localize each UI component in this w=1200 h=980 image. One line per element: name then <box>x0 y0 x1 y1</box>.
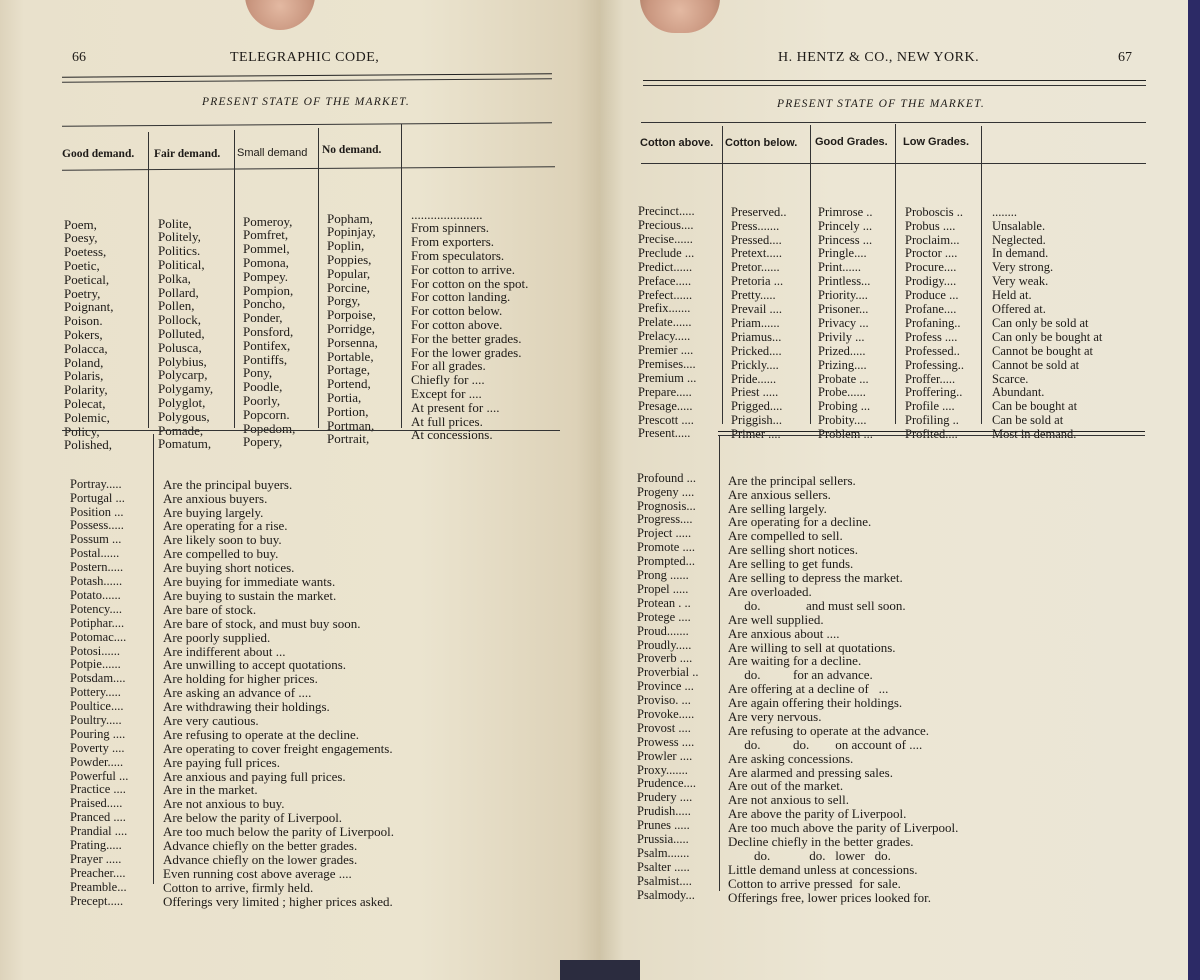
right-code-words: Profound ...Progeny ....Prognosis...Prog… <box>637 444 698 916</box>
left-header-good-demand: Good demand. <box>62 148 134 160</box>
right-col-low-grades: Proboscis ..Probus ....Proclaim...Procto… <box>905 178 964 456</box>
left-col-no-demand: Popham,Popinjay,Poplin,Poppies,Popular,P… <box>327 184 378 460</box>
left-col-qualifiers: ......................From spinners.From… <box>411 180 528 456</box>
right-code-meanings: Are the principal sellers.Are anxious se… <box>728 446 958 918</box>
right-code-divider <box>719 436 720 891</box>
right-header-good-grades: Good Grades. <box>815 136 888 148</box>
left-section-title: PRESENT STATE OF THE MARKET. <box>202 96 410 108</box>
left-col-good-demand: Poem,Poesy,Poetess,Poetic,Poetical,Poetr… <box>64 190 113 466</box>
right-page-number: 67 <box>1118 50 1132 66</box>
book-spine-shadow <box>560 960 640 980</box>
left-col-divider-3 <box>318 128 319 428</box>
left-header-small-demand: Small demand <box>237 147 307 159</box>
left-col-divider-4 <box>401 124 402 428</box>
right-col-good-grades: Primrose ..Princely ...Princess ...Pring… <box>818 178 873 456</box>
left-col-small-demand: Pomeroy,Pomfret,Pommel,Pomona,Pompey.Pom… <box>243 187 295 463</box>
right-header-cotton-above: Cotton above. <box>640 137 713 149</box>
left-code-divider <box>153 434 154 884</box>
left-header-fair-demand: Fair demand. <box>154 148 220 160</box>
right-col-divider-1 <box>722 126 723 424</box>
left-col-fair-demand: Polite,Politely,Politics.Political,Polka… <box>158 189 213 465</box>
right-header-low-grades: Low Grades. <box>903 136 969 148</box>
right-header-cotton-below: Cotton below. <box>725 137 797 149</box>
left-table-bottom-rule <box>62 430 560 431</box>
right-col-qualifiers: ........Unsalable.Neglected.In demand.Ve… <box>992 178 1102 456</box>
right-table-top-rule <box>641 122 1146 123</box>
right-running-head: H. HENTZ & CO., NEW YORK. <box>778 50 979 66</box>
right-col-cotton-below: Preserved..Press.......Pressed....Pretex… <box>731 178 787 456</box>
right-section-title: PRESENT STATE OF THE MARKET. <box>777 98 985 110</box>
right-col-divider-2 <box>810 125 811 424</box>
left-running-head: TELEGRAPHIC CODE, <box>230 50 379 66</box>
left-code-meanings: Are the principal buyers.Are anxious buy… <box>163 450 394 922</box>
left-col-divider-1 <box>148 132 149 428</box>
book-cover-edge <box>1188 0 1200 980</box>
right-col-divider-3 <box>895 124 896 424</box>
right-col-divider-4 <box>981 126 982 424</box>
right-double-rule <box>643 80 1146 86</box>
left-page-number: 66 <box>72 50 86 66</box>
left-col-divider-2 <box>234 130 235 428</box>
left-header-no-demand: No demand. <box>322 144 381 156</box>
right-header-rule <box>641 163 1146 164</box>
right-col-cotton-above: Precinct.....Precious....Precise......Pr… <box>638 178 696 455</box>
right-table-bottom-rule <box>718 431 1145 436</box>
left-code-words: Portray.....Portugal ...Position ...Poss… <box>70 450 128 922</box>
